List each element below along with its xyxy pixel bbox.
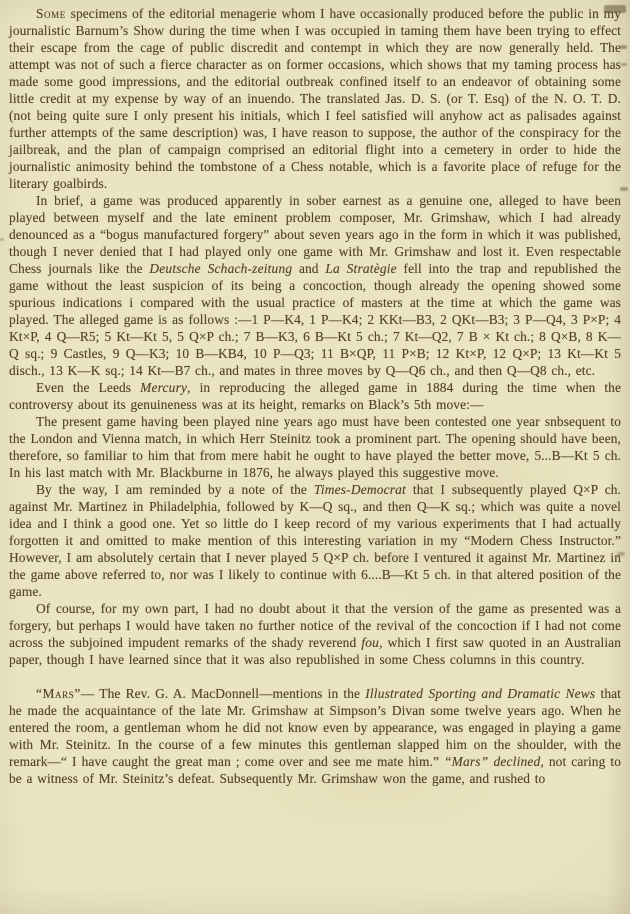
scan-artifact [617,552,625,556]
paragraph: The present game having been played nine… [9,413,621,481]
scan-artifact [620,187,628,191]
body-text: and [292,261,325,276]
body-text: By the way, I am reminded by a note of t… [36,482,314,497]
italic-text: fou [361,635,379,650]
body-text: specimens of the editorial menagerie who… [9,6,621,191]
smallcaps-text: “Mars” [36,686,81,701]
italic-text: Illustrated Sporting and Dramatic News [365,686,595,701]
italic-text: Deutsche Schach-zeitung [149,261,292,276]
body-text: fell into the trap and republished the g… [9,261,621,378]
paragraph: In brief, a game was produced apparently… [9,192,621,379]
paragraph: Of course, for my own part, I had no dou… [9,600,621,668]
italic-text: Times-Democrat [314,482,406,497]
paragraph: Some specimens of the editorial menageri… [9,5,621,192]
body-text: — The Rev. G. A. MacDonnell—mentions in … [81,686,365,701]
italic-text: “Mars” declined [444,754,540,769]
scan-artifact [620,45,627,49]
scan-artifact [604,5,626,13]
body-text: The present game having been played nine… [9,414,621,480]
scan-artifact [0,238,4,241]
italic-text: La Stratègie [325,261,397,276]
paragraph: By the way, I am reminded by a note of t… [9,481,621,600]
body-text: that I subsequently played Q×P ch. again… [9,482,621,599]
page-text: Some specimens of the editorial menageri… [0,0,630,787]
scan-artifact [621,63,627,66]
paragraph: “Mars”— The Rev. G. A. MacDonnell—mentio… [9,685,621,787]
book-page: Some specimens of the editorial menageri… [0,0,630,914]
italic-text: Mercury [140,380,187,395]
smallcaps-text: Some [36,6,66,21]
paragraph: Even the Leeds Mercury, in reproducing t… [9,379,621,413]
body-text: Even the Leeds [36,380,140,395]
